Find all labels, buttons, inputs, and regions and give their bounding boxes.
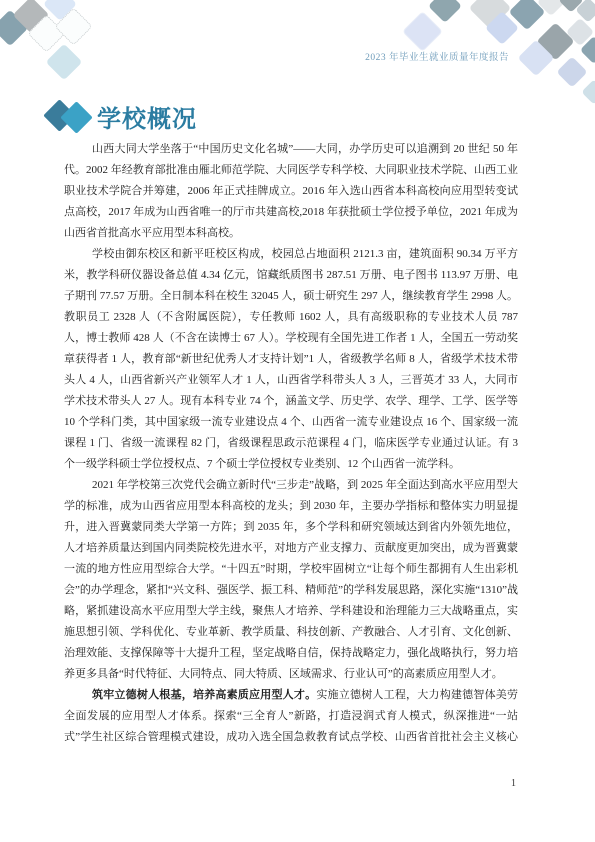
paragraph-text: 2021 年学校第三次党代会确立新时代“三步走”战略，到 2025 年全面达到高… xyxy=(64,479,518,680)
diamond-icon xyxy=(581,79,595,104)
section-title-text: 学校概况 xyxy=(97,99,197,134)
report-page: 2023 年毕业生就业质量年度报告 学校概况 山西大同大学坐落于“中国历史文化名… xyxy=(0,0,595,842)
section-title: 学校概况 xyxy=(45,97,197,135)
diamond-icon xyxy=(46,44,83,81)
running-header-title: 2023 年毕业生就业质量年度报告 xyxy=(365,49,509,63)
paragraph: 筑牢立德树人根基，培养高素质应用型人才。实施立德树人工程，大力构建德智体美劳全面… xyxy=(64,685,518,748)
paragraph-text: 学校由御东校区和新平旺校区构成，校园总占地面积 2121.3 亩，建筑面积 90… xyxy=(64,248,518,470)
paragraph-text: 山西大同大学坐落于“中国历史文化名城”——大同，办学历史可以追溯到 20 世纪 … xyxy=(64,143,518,239)
diamond-icon xyxy=(556,56,587,87)
paragraph: 山西大同大学坐落于“中国历史文化名城”——大同，办学历史可以追溯到 20 世纪 … xyxy=(64,139,518,244)
section-title-diamond-icons xyxy=(45,97,97,135)
document-body: 山西大同大学坐落于“中国历史文化名城”——大同，办学历史可以追溯到 20 世纪 … xyxy=(64,139,518,748)
page-number: 1 xyxy=(511,778,516,789)
paragraph: 学校由御东校区和新平旺校区构成，校园总占地面积 2121.3 亩，建筑面积 90… xyxy=(64,244,518,475)
diamond-icon xyxy=(428,0,462,23)
paragraph: 2021 年学校第三次党代会确立新时代“三步走”战略，到 2025 年全面达到高… xyxy=(64,475,518,685)
diamond-icon xyxy=(402,11,443,52)
paragraph-lead: 筑牢立德树人根基，培养高素质应用型人才。 xyxy=(92,689,316,701)
